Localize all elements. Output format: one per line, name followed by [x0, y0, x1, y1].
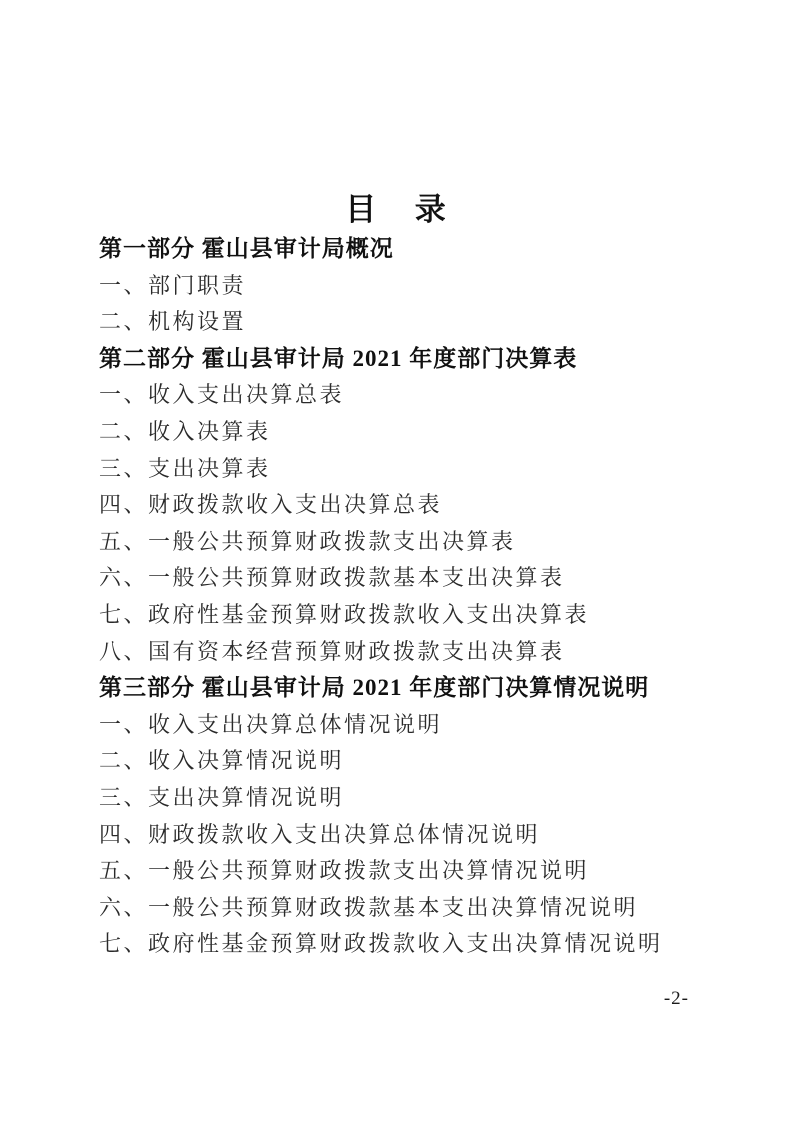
document-page: 目 录 第一部分 霍山县审计局概况 一、部门职责 二、机构设置 第二部分 霍山县… — [0, 0, 793, 1122]
toc-item: 一、收入支出决算总表 — [99, 377, 753, 414]
toc-item: 二、收入决算情况说明 — [99, 743, 753, 780]
toc-item: 四、财政拨款收入支出决算总体情况说明 — [99, 817, 753, 854]
toc-item: 三、支出决算情况说明 — [99, 780, 753, 817]
table-of-contents: 第一部分 霍山县审计局概况 一、部门职责 二、机构设置 第二部分 霍山县审计局 … — [99, 231, 753, 963]
toc-item: 四、财政拨款收入支出决算总表 — [99, 487, 753, 524]
page-number: -2- — [664, 988, 689, 1010]
toc-item: 三、支出决算表 — [99, 451, 753, 488]
toc-section-1-heading: 第一部分 霍山县审计局概况 — [99, 231, 753, 268]
toc-item: 一、部门职责 — [99, 268, 753, 305]
toc-item: 五、一般公共预算财政拨款支出决算表 — [99, 524, 753, 561]
toc-section-3-heading: 第三部分 霍山县审计局 2021 年度部门决算情况说明 — [99, 670, 753, 707]
toc-item: 六、一般公共预算财政拨款基本支出决算表 — [99, 560, 753, 597]
toc-item: 七、政府性基金预算财政拨款收入支出决算表 — [99, 597, 753, 634]
toc-item: 二、机构设置 — [99, 304, 753, 341]
toc-item: 一、收入支出决算总体情况说明 — [99, 707, 753, 744]
toc-item: 六、一般公共预算财政拨款基本支出决算情况说明 — [99, 890, 753, 927]
toc-item: 七、政府性基金预算财政拨款收入支出决算情况说明 — [99, 926, 753, 963]
toc-item: 五、一般公共预算财政拨款支出决算情况说明 — [99, 853, 753, 890]
toc-item: 八、国有资本经营预算财政拨款支出决算表 — [99, 634, 753, 671]
toc-section-2-heading: 第二部分 霍山县审计局 2021 年度部门决算表 — [99, 341, 753, 378]
page-title: 目 录 — [0, 184, 793, 229]
toc-item: 二、收入决算表 — [99, 414, 753, 451]
